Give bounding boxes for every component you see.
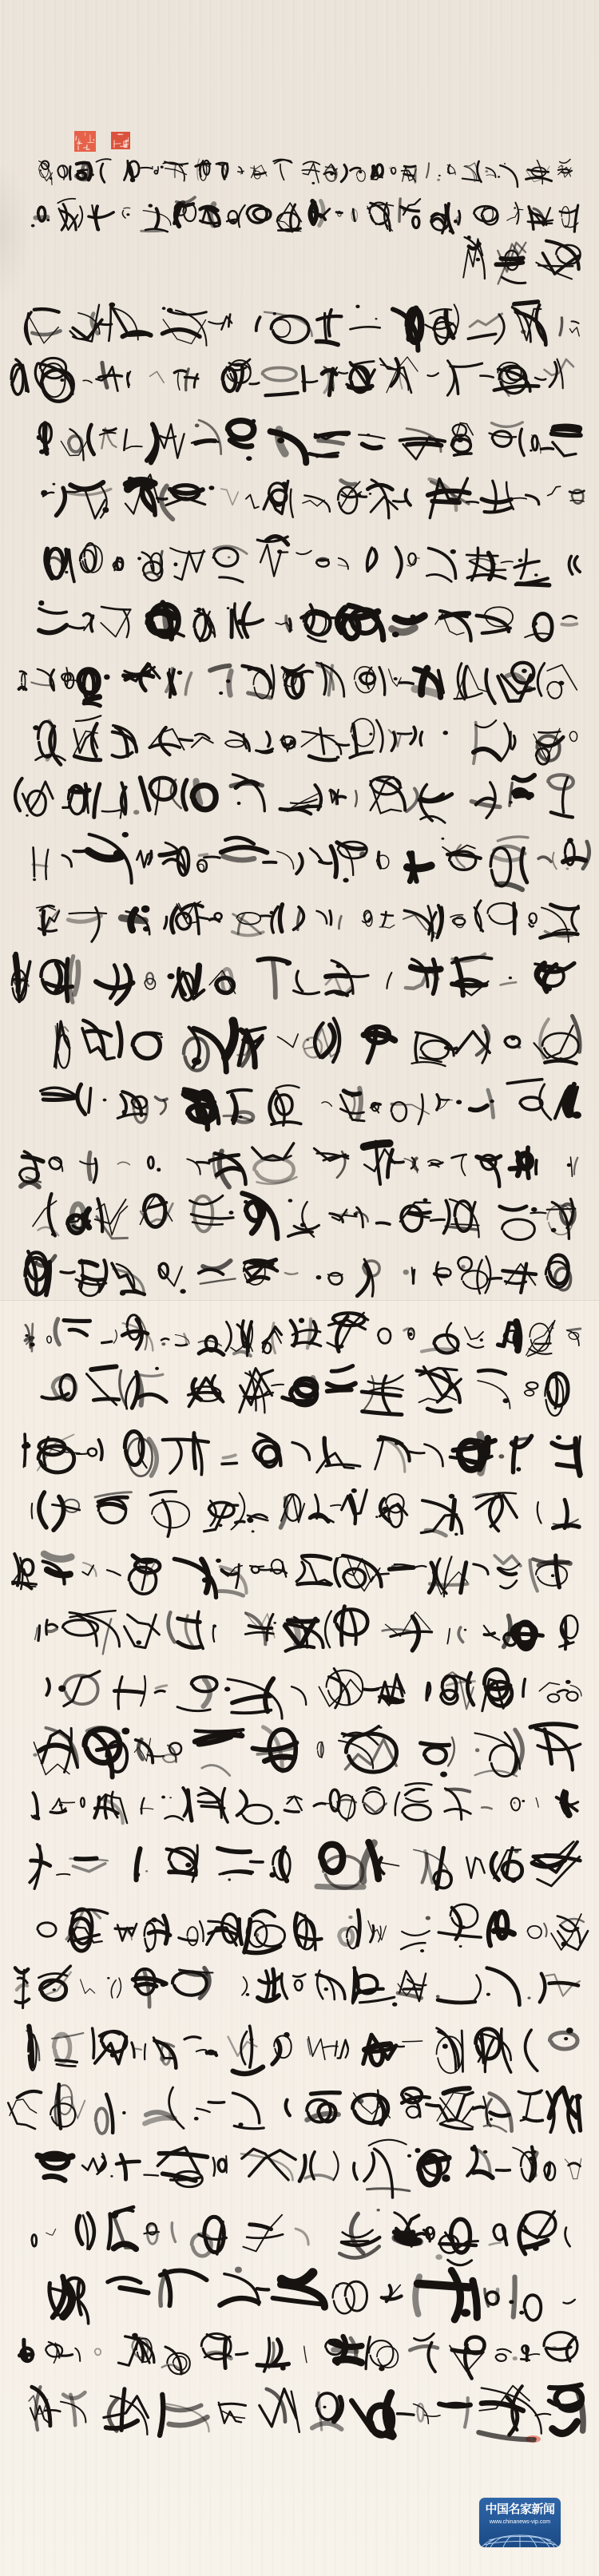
ink-stroke	[248, 693, 271, 698]
ink-stroke	[225, 1021, 234, 1057]
ink-stroke	[483, 2150, 487, 2154]
ink-stroke	[233, 2093, 260, 2123]
ink-stroke	[319, 441, 343, 444]
ink-stroke	[484, 2126, 506, 2132]
ink-stroke	[117, 1978, 121, 1997]
ink-stroke	[444, 1201, 450, 1234]
ink-stroke	[44, 1554, 71, 1559]
ink-stroke	[235, 2267, 242, 2273]
ink-stroke	[503, 1270, 536, 1274]
ink-ligature	[74, 850, 87, 851]
ink-stroke	[307, 1039, 310, 1041]
ink-stroke	[565, 2158, 581, 2179]
ink-stroke	[75, 2348, 80, 2361]
ink-stroke	[141, 906, 149, 913]
ink-stroke	[330, 911, 331, 925]
ink-stroke	[372, 167, 374, 177]
ink-stroke	[74, 962, 78, 995]
ink-stroke	[145, 1923, 156, 1950]
ink-stroke	[39, 929, 57, 932]
ink-stroke	[39, 1746, 71, 1751]
ink-stroke	[333, 2283, 355, 2313]
ink-stroke	[195, 424, 200, 428]
seal-carving	[93, 140, 94, 141]
ink-stroke	[221, 847, 268, 853]
ink-stroke	[556, 1435, 561, 1440]
ink-stroke	[219, 1591, 244, 1596]
ink-stroke	[391, 168, 396, 174]
ink-stroke	[177, 671, 183, 675]
ink-stroke	[534, 573, 538, 577]
ink-stroke	[30, 317, 58, 343]
ink-stroke	[551, 1574, 554, 1577]
ink-stroke	[375, 2149, 393, 2198]
ink-stroke	[442, 2174, 450, 2182]
ink-stroke	[532, 621, 538, 625]
seal-top-2	[111, 132, 130, 149]
ink-stroke	[62, 855, 72, 866]
ink-stroke	[516, 1467, 521, 1471]
ink-stroke	[254, 1158, 293, 1181]
ink-stroke	[423, 1199, 428, 1203]
ink-stroke	[475, 1748, 479, 1752]
ink-stroke	[562, 165, 564, 167]
calligraphy-row	[12, 954, 574, 1005]
ink-stroke	[445, 1789, 461, 1820]
ink-stroke	[464, 1629, 466, 1631]
ink-stroke	[440, 1771, 447, 1777]
ink-stroke	[562, 624, 577, 624]
ink-stroke	[341, 165, 347, 182]
ink-stroke	[415, 2148, 421, 2153]
ink-stroke	[351, 1488, 357, 1493]
ink-stroke	[91, 1366, 116, 1369]
ink-ligature	[197, 1162, 209, 1163]
ink-stroke	[162, 307, 166, 310]
ink-stroke	[175, 550, 204, 580]
ink-stroke	[17, 1985, 27, 1990]
ink-stroke	[296, 854, 302, 874]
ink-stroke	[156, 1097, 168, 1100]
ink-stroke	[327, 1384, 355, 1388]
ink-stroke	[156, 208, 159, 228]
ink-stroke	[434, 1274, 447, 1275]
ink-stroke	[486, 669, 494, 703]
ink-stroke	[429, 1563, 434, 1592]
ink-stroke	[133, 2049, 141, 2050]
ink-stroke	[428, 1160, 442, 1163]
ink-stroke	[482, 628, 510, 633]
ink-ligature	[331, 1505, 341, 1506]
ink-stroke	[535, 1343, 551, 1344]
ink-stroke	[260, 751, 272, 753]
ink-stroke	[552, 1443, 574, 1448]
ink-stroke	[163, 1440, 208, 1442]
ink-stroke	[69, 1330, 87, 1335]
ink-stroke	[200, 1278, 236, 1283]
ink-stroke	[93, 1159, 97, 1183]
ink-stroke	[448, 1738, 454, 1766]
ink-stroke	[59, 1804, 63, 1807]
ink-stroke	[291, 204, 296, 232]
ink-stroke	[448, 2260, 472, 2265]
ink-stroke	[566, 1692, 577, 1701]
ink-stroke	[246, 1993, 250, 1996]
ink-stroke	[222, 1463, 236, 1464]
ink-stroke	[166, 498, 205, 505]
watermark-title: 中国名家新闻	[479, 2503, 561, 2516]
ink-stroke	[203, 1261, 231, 1269]
ink-stroke	[155, 1690, 165, 1692]
ink-ligature	[69, 626, 84, 628]
ink-stroke	[395, 616, 424, 621]
calligraphy-row	[38, 2140, 581, 2198]
ink-stroke	[367, 668, 372, 689]
ink-ligature	[557, 1690, 568, 1692]
ink-stroke	[296, 971, 303, 991]
seal-carving	[86, 145, 87, 150]
ink-stroke	[438, 2000, 475, 2003]
ink-stroke	[152, 166, 153, 168]
ink-stroke	[122, 832, 129, 838]
ink-stroke	[407, 2154, 411, 2158]
ink-stroke	[454, 454, 471, 455]
ink-stroke	[529, 924, 534, 926]
ink-stroke	[194, 1433, 196, 1468]
ink-stroke	[15, 779, 22, 811]
ink-stroke	[122, 211, 125, 219]
ink-stroke	[252, 1911, 275, 1916]
ink-stroke	[523, 1679, 525, 1697]
ink-stroke	[34, 309, 59, 312]
ink-stroke	[164, 1916, 168, 1944]
ink-stroke	[42, 491, 47, 495]
ink-stroke	[514, 1849, 519, 1853]
ink-stroke	[184, 1334, 187, 1345]
ink-stroke	[458, 1257, 471, 1270]
ink-stroke	[107, 1570, 121, 1575]
ink-stroke	[73, 1864, 105, 1872]
ink-stroke	[351, 327, 380, 329]
ink-stroke	[519, 2311, 524, 2315]
ink-stroke	[323, 2406, 326, 2408]
ink-stroke	[443, 731, 449, 735]
ink-stroke	[418, 2284, 469, 2288]
ink-stroke	[325, 1611, 331, 1648]
calligraphy-artwork	[0, 0, 599, 2576]
ink-stroke	[353, 209, 355, 221]
ink-stroke	[569, 2163, 581, 2166]
ink-stroke	[219, 2403, 241, 2423]
ink-ligature	[415, 1566, 426, 1567]
ink-stroke	[363, 444, 381, 448]
ink-stroke	[439, 2404, 470, 2407]
ink-ligature	[148, 1755, 165, 1757]
ink-stroke	[521, 330, 526, 334]
calligraphy-row	[31, 1783, 577, 1825]
ink-stroke	[156, 1686, 167, 1689]
ink-stroke	[160, 2395, 163, 2435]
ink-stroke	[96, 2108, 108, 2134]
ink-stroke	[550, 905, 577, 910]
ink-stroke	[492, 856, 521, 861]
ink-stroke	[228, 1090, 252, 1092]
ink-stroke	[117, 2162, 140, 2164]
ink-stroke	[367, 1788, 380, 1791]
ink-stroke	[513, 1438, 516, 1472]
ink-stroke	[225, 838, 254, 844]
ink-stroke	[194, 2117, 199, 2121]
ink-stroke	[233, 2067, 264, 2075]
ink-stroke	[553, 853, 557, 870]
ink-stroke	[514, 302, 538, 304]
ink-stroke	[422, 1854, 427, 1883]
ink-ligature	[141, 168, 153, 168]
ink-stroke	[553, 2422, 577, 2434]
ink-stroke	[263, 368, 297, 381]
ink-stroke	[514, 2277, 515, 2317]
ink-stroke	[509, 977, 512, 979]
ink-stroke	[198, 1801, 219, 1802]
ink-stroke	[577, 2098, 580, 2130]
ink-stroke	[583, 842, 589, 869]
ink-stroke	[490, 1100, 494, 1103]
ink-stroke	[225, 740, 244, 747]
ink-stroke	[214, 548, 238, 566]
ink-stroke	[369, 2140, 407, 2146]
ink-stroke	[359, 434, 385, 438]
ink-stroke	[32, 1324, 33, 1351]
ink-stroke	[170, 1441, 181, 1474]
ink-stroke	[47, 1336, 51, 1343]
ink-stroke	[273, 1622, 276, 1624]
ink-stroke	[94, 325, 98, 328]
ink-stroke	[136, 1640, 141, 1644]
ink-stroke	[406, 1783, 432, 1785]
ink-stroke	[84, 613, 93, 617]
ink-stroke	[536, 1160, 537, 1174]
calligraphy-row	[15, 775, 573, 823]
ink-stroke	[333, 2152, 338, 2181]
ink-stroke	[273, 1969, 275, 1995]
ink-ligature	[535, 378, 545, 380]
ink-stroke	[284, 1810, 299, 1812]
ink-stroke	[78, 206, 82, 227]
ink-stroke	[424, 1747, 446, 1763]
ink-stroke	[70, 482, 103, 489]
ink-stroke	[117, 1023, 121, 1056]
ink-stroke	[454, 1533, 458, 1536]
ink-stroke	[531, 1207, 537, 1212]
ink-stroke	[553, 442, 576, 456]
ink-stroke	[218, 2159, 226, 2171]
ink-stroke	[122, 2277, 125, 2279]
ink-stroke	[497, 1912, 507, 1938]
ink-stroke	[250, 2026, 252, 2067]
ink-stroke	[101, 164, 105, 182]
ink-stroke	[371, 781, 402, 814]
ink-stroke	[435, 2254, 442, 2260]
ink-stroke	[273, 960, 276, 997]
calligraphy-row	[37, 419, 581, 463]
ink-stroke	[234, 2126, 264, 2128]
ink-stroke	[513, 2356, 518, 2360]
ink-stroke	[162, 330, 200, 337]
ink-stroke	[490, 2113, 510, 2116]
ink-stroke	[531, 220, 553, 222]
ink-stroke	[47, 1629, 57, 1631]
ink-stroke	[200, 1921, 204, 1941]
ink-stroke	[69, 913, 107, 913]
ink-stroke	[121, 2389, 125, 2431]
ink-stroke	[277, 549, 282, 553]
ink-stroke	[229, 1211, 234, 1215]
ink-stroke	[447, 1629, 450, 1644]
ink-stroke	[394, 677, 398, 680]
ink-stroke	[494, 846, 526, 854]
ink-stroke	[329, 1273, 343, 1285]
ink-stroke	[470, 1106, 487, 1111]
ink-stroke	[395, 1793, 399, 1815]
ink-stroke	[328, 310, 331, 336]
ink-stroke	[32, 2235, 37, 2246]
ink-stroke	[342, 2241, 368, 2242]
ink-stroke	[462, 2031, 462, 2071]
ink-stroke	[478, 1381, 510, 1409]
ink-ligature	[536, 2414, 551, 2415]
ink-stroke	[375, 318, 378, 319]
ink-stroke	[276, 1085, 299, 1088]
ink-stroke	[566, 2027, 573, 2034]
ink-stroke	[210, 666, 229, 671]
ink-stroke	[522, 1800, 525, 1802]
ink-stroke	[29, 2027, 32, 2067]
ink-stroke	[55, 1319, 59, 1345]
ink-stroke	[102, 507, 109, 513]
ink-stroke	[488, 1090, 494, 1117]
calligraphy-row	[15, 1966, 580, 2008]
ink-stroke	[504, 163, 506, 164]
ink-stroke	[496, 263, 522, 265]
ink-stroke	[85, 1209, 89, 1227]
ink-stroke	[316, 342, 338, 345]
ink-stroke	[452, 2350, 482, 2352]
ink-stroke	[68, 916, 101, 921]
ink-stroke	[113, 1330, 117, 1344]
ink-stroke	[539, 1682, 559, 1691]
ink-stroke	[518, 2091, 541, 2094]
ink-stroke	[122, 1331, 148, 1335]
ink-stroke	[509, 801, 513, 804]
ink-stroke	[426, 1916, 430, 1920]
calligraphy-row	[20, 2332, 577, 2379]
ink-stroke	[488, 903, 518, 924]
ink-stroke	[38, 600, 44, 606]
ink-stroke	[522, 669, 527, 673]
ink-stroke	[124, 430, 126, 450]
ink-stroke	[473, 2281, 477, 2317]
ink-stroke	[345, 2281, 367, 2311]
ink-stroke	[34, 1793, 38, 1818]
ink-ligature	[393, 501, 405, 501]
ink-stroke	[426, 574, 451, 581]
ink-stroke	[401, 1943, 425, 1949]
ink-stroke	[428, 373, 438, 376]
ink-stroke	[442, 2043, 448, 2048]
ink-stroke	[525, 2295, 541, 2320]
ink-stroke	[511, 1798, 520, 1811]
ink-stroke	[311, 2093, 339, 2094]
ink-stroke	[451, 1224, 479, 1226]
ink-stroke	[46, 2229, 56, 2236]
ink-stroke	[284, 2032, 289, 2038]
ink-stroke	[466, 555, 498, 556]
globe-icon	[479, 2526, 561, 2547]
ink-stroke	[77, 1084, 85, 1114]
ink-stroke	[145, 2044, 145, 2059]
ink-stroke	[99, 1440, 102, 1460]
ink-stroke	[49, 1624, 58, 1627]
ink-stroke	[432, 219, 445, 226]
ink-stroke	[95, 2348, 101, 2355]
ink-stroke	[248, 1277, 268, 1282]
ink-stroke	[410, 2346, 438, 2350]
ink-stroke	[301, 735, 334, 747]
ink-stroke	[526, 495, 539, 505]
calligraphy-row	[30, 1841, 580, 1888]
ink-stroke	[355, 667, 375, 693]
ink-stroke	[485, 2289, 489, 2307]
ink-stroke	[406, 489, 411, 505]
ink-stroke	[371, 1107, 379, 1112]
ink-stroke	[161, 1342, 165, 1345]
ink-stroke	[351, 490, 354, 493]
ink-stroke	[275, 1821, 280, 1825]
calligraphy-row	[54, 1016, 580, 1072]
ink-stroke	[350, 752, 371, 758]
ink-stroke	[406, 1798, 427, 1802]
ink-stroke	[451, 2270, 460, 2320]
ink-stroke	[359, 171, 362, 173]
ink-stroke	[264, 1757, 294, 1762]
ink-stroke	[32, 331, 60, 335]
ink-stroke	[388, 783, 393, 786]
ink-stroke	[524, 2118, 542, 2121]
calligraphy-row	[29, 2385, 583, 2440]
ink-stroke	[216, 1559, 221, 1563]
ink-stroke	[305, 2175, 331, 2179]
ink-stroke	[371, 497, 397, 512]
ink-stroke	[77, 170, 87, 172]
ink-stroke	[120, 2288, 148, 2293]
ink-stroke	[296, 2229, 308, 2245]
ink-stroke	[144, 1195, 165, 1227]
ink-stroke	[81, 1797, 85, 1806]
ink-stroke	[50, 177, 53, 180]
ink-stroke	[224, 1455, 236, 1457]
ink-stroke	[382, 914, 393, 916]
ink-stroke	[122, 1727, 130, 1734]
ink-stroke	[65, 571, 68, 573]
ink-stroke	[465, 1327, 483, 1339]
calligraphy-row	[47, 1669, 581, 1719]
ink-stroke	[110, 2175, 113, 2178]
ink-stroke	[498, 837, 528, 841]
seal-carving	[76, 136, 77, 141]
ink-stroke	[558, 169, 569, 170]
ink-stroke	[478, 1370, 506, 1374]
ink-stroke	[574, 205, 577, 232]
